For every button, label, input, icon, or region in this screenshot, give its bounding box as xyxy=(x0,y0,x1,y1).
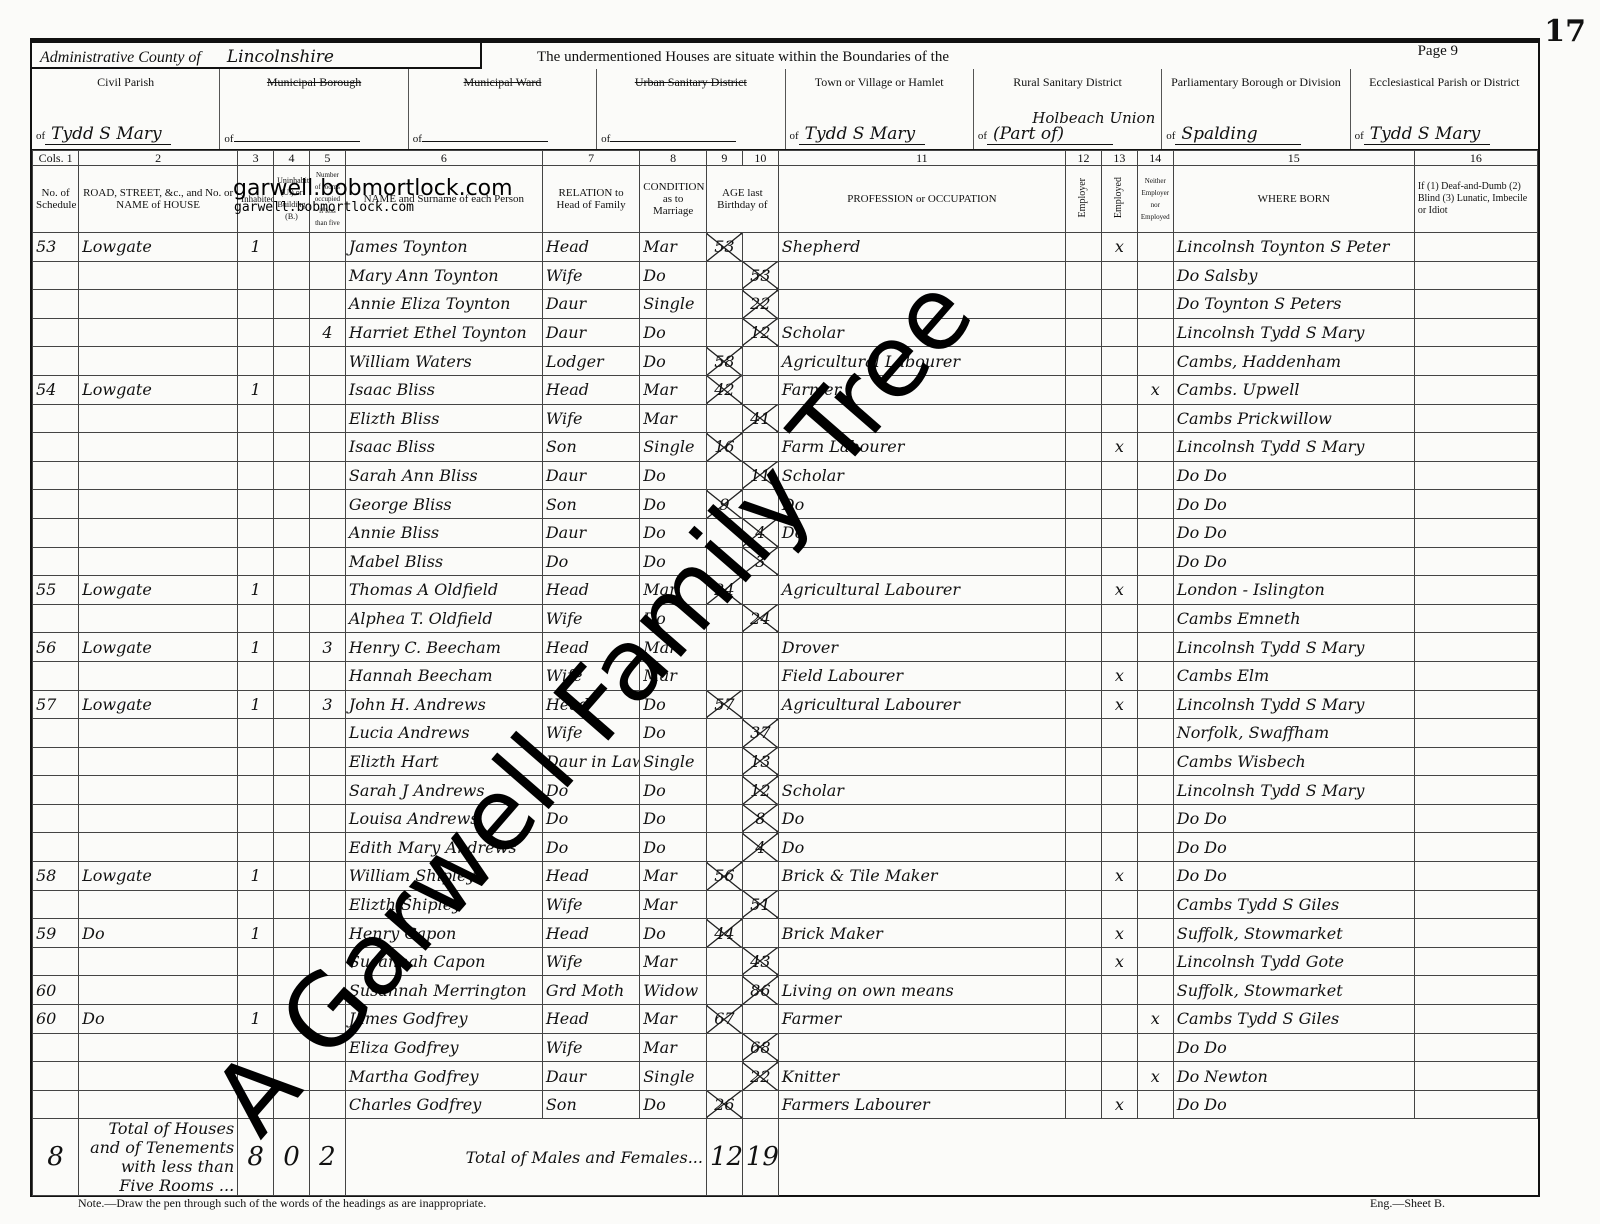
cell-schedule xyxy=(33,947,79,976)
cell-inf xyxy=(1414,433,1537,462)
census-row: 57Lowgate13John H. AndrewsHeadDo57Agricu… xyxy=(33,690,1538,719)
cell-where-born: Lincolnsh Tydd S Mary xyxy=(1173,776,1414,805)
area-label: Town or Village or Hamlet xyxy=(786,69,973,89)
area-label: Municipal Ward xyxy=(409,69,596,89)
cell-inhabited xyxy=(238,747,274,776)
cell-employer xyxy=(1066,747,1102,776)
cell-male-age xyxy=(706,318,742,347)
cell-rooms xyxy=(309,375,345,404)
cell-schedule: 53 xyxy=(33,233,79,262)
census-row: Hannah BeechamWifeMarField LabourerxCamb… xyxy=(33,661,1538,690)
cell-employed xyxy=(1101,747,1137,776)
cell-neither xyxy=(1137,433,1173,462)
cell-inf xyxy=(1414,375,1537,404)
census-row: Louisa AndrewsDoDo8DoDo Do xyxy=(33,804,1538,833)
cell-relation: Daur xyxy=(542,518,639,547)
cell-condition: Mar xyxy=(640,233,707,262)
cell-name: Charles Godfrey xyxy=(345,1090,542,1119)
cell-address xyxy=(79,719,238,748)
cell-unin xyxy=(274,690,310,719)
sheet-id: Eng.—Sheet B. xyxy=(1370,1196,1445,1211)
column-number: 9 xyxy=(706,151,742,166)
census-row: 4Harriet Ethel ToyntonDaurDo12ScholarLin… xyxy=(33,318,1538,347)
header-schedule: No. of Schedule xyxy=(33,166,79,233)
cell-inhabited xyxy=(238,547,274,576)
cell-employer xyxy=(1066,518,1102,547)
cell-name: Elizth Bliss xyxy=(345,404,542,433)
area-value: of xyxy=(413,133,592,145)
cell-male-age xyxy=(706,776,742,805)
area-box: Urban Sanitary Districtof xyxy=(597,69,785,149)
cell-unin xyxy=(274,318,310,347)
cell-address xyxy=(79,290,238,319)
cell-inhabited xyxy=(238,518,274,547)
cell-employed xyxy=(1101,604,1137,633)
area-box: Municipal Wardof xyxy=(409,69,597,149)
cell-male-age xyxy=(706,947,742,976)
cell-where-born: Do Do xyxy=(1173,518,1414,547)
cell-inf xyxy=(1414,1033,1537,1062)
cell-unin xyxy=(274,719,310,748)
cell-employer xyxy=(1066,976,1102,1005)
cell-neither xyxy=(1137,690,1173,719)
cell-occupation xyxy=(778,604,1065,633)
cell-employer xyxy=(1066,375,1102,404)
cell-where-born: Cambs. Upwell xyxy=(1173,375,1414,404)
cell-inhabited xyxy=(238,290,274,319)
cell-relation: Daur xyxy=(542,290,639,319)
cell-occupation xyxy=(778,547,1065,576)
cell-neither xyxy=(1137,518,1173,547)
cell-inf xyxy=(1414,518,1537,547)
cell-unin xyxy=(274,661,310,690)
cell-neither: x xyxy=(1137,1005,1173,1034)
cell-inhabited xyxy=(238,347,274,376)
cell-name: Mary Ann Toynton xyxy=(345,261,542,290)
cell-where-born: Do Do xyxy=(1173,862,1414,891)
cell-neither xyxy=(1137,290,1173,319)
cell-address xyxy=(79,604,238,633)
cell-where-born: Lincolnsh Toynton S Peter xyxy=(1173,233,1414,262)
cell-relation: Do xyxy=(542,833,639,862)
cell-schedule: 60 xyxy=(33,1005,79,1034)
cell-inf xyxy=(1414,404,1537,433)
census-rows: 53Lowgate1James ToyntonHeadMar53Shepherd… xyxy=(33,233,1538,1119)
census-row: 59Do1Henry CaponHeadDo44Brick MakerxSuff… xyxy=(33,919,1538,948)
cell-relation: Do xyxy=(542,547,639,576)
column-number: 13 xyxy=(1101,151,1137,166)
cell-schedule xyxy=(33,890,79,919)
column-number: 8 xyxy=(640,151,707,166)
cell-employer xyxy=(1066,347,1102,376)
cell-male-age: 26 xyxy=(706,1090,742,1119)
cell-address xyxy=(79,433,238,462)
census-row: Alphea T. OldfieldWifeDo24Cambs Emneth xyxy=(33,604,1538,633)
cell-female-age xyxy=(742,919,778,948)
column-number: 14 xyxy=(1137,151,1173,166)
cell-where-born: Cambs Tydd S Giles xyxy=(1173,890,1414,919)
cell-neither xyxy=(1137,661,1173,690)
cell-employed: x xyxy=(1101,862,1137,891)
cell-rooms xyxy=(309,604,345,633)
cell-occupation: Do xyxy=(778,833,1065,862)
cell-occupation: Field Labourer xyxy=(778,661,1065,690)
census-row: Lucia AndrewsWifeDo37Norfolk, Swaffham xyxy=(33,719,1538,748)
cell-female-age: 22 xyxy=(742,290,778,319)
cell-employed xyxy=(1101,490,1137,519)
cell-schedule xyxy=(33,1090,79,1119)
cell-address: Do xyxy=(79,919,238,948)
cell-name: Sarah Ann Bliss xyxy=(345,461,542,490)
cell-rooms: 3 xyxy=(309,690,345,719)
total-females: 19 xyxy=(742,1119,778,1196)
cell-inhabited xyxy=(238,890,274,919)
cell-rooms xyxy=(309,290,345,319)
cell-employed xyxy=(1101,804,1137,833)
cell-inf xyxy=(1414,776,1537,805)
cell-male-age xyxy=(706,976,742,1005)
cell-unin xyxy=(274,604,310,633)
cell-schedule xyxy=(33,1062,79,1091)
cell-employer xyxy=(1066,890,1102,919)
cell-address xyxy=(79,461,238,490)
cell-inhabited xyxy=(238,604,274,633)
area-value: ofTydd S Mary xyxy=(1355,124,1534,145)
cell-occupation: Farmer xyxy=(778,1005,1065,1034)
cell-condition: Mar xyxy=(640,1033,707,1062)
cell-unin xyxy=(274,375,310,404)
cell-female-age xyxy=(742,661,778,690)
cell-employer xyxy=(1066,661,1102,690)
cell-occupation: Agricultural Labourer xyxy=(778,576,1065,605)
cell-male-age: 56 xyxy=(706,862,742,891)
cell-employer xyxy=(1066,1062,1102,1091)
cell-rooms xyxy=(309,490,345,519)
column-number: Cols. 1 xyxy=(33,151,79,166)
area-value: of(Part of) xyxy=(978,124,1157,145)
cell-employed xyxy=(1101,1033,1137,1062)
cell-employer xyxy=(1066,290,1102,319)
cell-unin xyxy=(274,862,310,891)
cell-inhabited: 1 xyxy=(238,576,274,605)
cell-condition: Do xyxy=(640,776,707,805)
cell-relation: Son xyxy=(542,1090,639,1119)
cell-rooms xyxy=(309,547,345,576)
cell-female-age xyxy=(742,862,778,891)
cell-neither xyxy=(1137,862,1173,891)
cell-schedule: 56 xyxy=(33,633,79,662)
cell-employed: x xyxy=(1101,1090,1137,1119)
cell-inf xyxy=(1414,890,1537,919)
cell-rooms xyxy=(309,661,345,690)
cell-relation: Wife xyxy=(542,261,639,290)
cell-unin xyxy=(274,776,310,805)
cell-inf xyxy=(1414,490,1537,519)
cell-relation: Lodger xyxy=(542,347,639,376)
cell-occupation xyxy=(778,719,1065,748)
cell-employed: x xyxy=(1101,433,1137,462)
cell-employer xyxy=(1066,833,1102,862)
column-number: 7 xyxy=(542,151,639,166)
cell-male-age xyxy=(706,290,742,319)
cell-condition: Do xyxy=(640,1090,707,1119)
cell-inf xyxy=(1414,576,1537,605)
area-label: Rural Sanitary District xyxy=(974,69,1161,89)
cell-female-age xyxy=(742,1090,778,1119)
cell-occupation: Knitter xyxy=(778,1062,1065,1091)
cell-female-age: 68 xyxy=(742,1033,778,1062)
watermark-url-large: garwell.bobmortlock.com xyxy=(233,176,513,201)
cell-relation: Wife xyxy=(542,404,639,433)
cell-condition: Do xyxy=(640,318,707,347)
cell-condition: Single xyxy=(640,1062,707,1091)
cell-employed xyxy=(1101,261,1137,290)
cell-rooms xyxy=(309,261,345,290)
cell-rooms xyxy=(309,233,345,262)
census-row: Edith Mary AndrewsDoDo4DoDo Do xyxy=(33,833,1538,862)
area-label: Parliamentary Borough or Division xyxy=(1162,69,1349,89)
header-employer: Employer xyxy=(1066,166,1102,233)
cell-male-age: 53 xyxy=(706,233,742,262)
cell-neither xyxy=(1137,947,1173,976)
cell-name: Martha Godfrey xyxy=(345,1062,542,1091)
census-row: William WatersLodgerDo58Agricultural Lab… xyxy=(33,347,1538,376)
cell-employer xyxy=(1066,919,1102,948)
area-box: Parliamentary Borough or DivisionofSpald… xyxy=(1162,69,1350,149)
cell-inhabited xyxy=(238,661,274,690)
area-label: Ecclesiastical Parish or District xyxy=(1351,69,1538,89)
footnote: Note.—Draw the pen through such of the w… xyxy=(78,1196,486,1211)
cell-relation: Daur xyxy=(542,461,639,490)
cell-condition: Do xyxy=(640,347,707,376)
header-age: AGE last Birthday of xyxy=(706,166,778,233)
cell-male-age xyxy=(706,1062,742,1091)
cell-address xyxy=(79,404,238,433)
cell-employed: x xyxy=(1101,690,1137,719)
cell-schedule: 54 xyxy=(33,375,79,404)
cell-female-age xyxy=(742,633,778,662)
cell-unin xyxy=(274,233,310,262)
cell-condition: Mar xyxy=(640,404,707,433)
cell-employed xyxy=(1101,890,1137,919)
cell-where-born: Do Salsby xyxy=(1173,261,1414,290)
cell-neither xyxy=(1137,461,1173,490)
cell-male-age: 44 xyxy=(706,919,742,948)
cell-unin xyxy=(274,576,310,605)
boundary-text: The undermentioned Houses are situate wi… xyxy=(537,49,949,66)
cell-occupation: Do xyxy=(778,804,1065,833)
cell-unin xyxy=(274,433,310,462)
census-row: 53Lowgate1James ToyntonHeadMar53Shepherd… xyxy=(33,233,1538,262)
cell-address: Do xyxy=(79,1005,238,1034)
cell-inf xyxy=(1414,233,1537,262)
cell-where-born: Do Do xyxy=(1173,490,1414,519)
column-number: 4 xyxy=(274,151,310,166)
cell-address xyxy=(79,518,238,547)
header-occupation: PROFESSION or OCCUPATION xyxy=(778,166,1065,233)
cell-rooms xyxy=(309,747,345,776)
cell-female-age xyxy=(742,347,778,376)
census-page: 17 Administrative County of Lincolnshire… xyxy=(0,0,1600,1224)
cell-where-born: Do Do xyxy=(1173,461,1414,490)
cell-where-born: Do Do xyxy=(1173,804,1414,833)
cell-name: James Toynton xyxy=(345,233,542,262)
cell-where-born: Do Do xyxy=(1173,1033,1414,1062)
cell-address: Lowgate xyxy=(79,375,238,404)
cell-male-age xyxy=(706,804,742,833)
cell-condition: Mar xyxy=(640,375,707,404)
cell-where-born: Lincolnsh Tydd Gote xyxy=(1173,947,1414,976)
cell-inf xyxy=(1414,947,1537,976)
cell-schedule: 60 xyxy=(33,976,79,1005)
column-number: 15 xyxy=(1173,151,1414,166)
cell-unin xyxy=(274,919,310,948)
cell-neither xyxy=(1137,919,1173,948)
cell-name: Hannah Beecham xyxy=(345,661,542,690)
total-males: 12 xyxy=(706,1119,742,1196)
column-number: 5 xyxy=(309,151,345,166)
cell-address xyxy=(79,776,238,805)
cell-neither: x xyxy=(1137,375,1173,404)
area-box: Ecclesiastical Parish or DistrictofTydd … xyxy=(1351,69,1538,149)
cell-address xyxy=(79,747,238,776)
cell-address: Lowgate xyxy=(79,233,238,262)
cell-name: Isaac Bliss xyxy=(345,433,542,462)
cell-schedule: 58 xyxy=(33,862,79,891)
area-label: Urban Sanitary District xyxy=(597,69,784,89)
county-value: Lincolnshire xyxy=(211,47,350,68)
cell-unin xyxy=(274,490,310,519)
cell-neither xyxy=(1137,776,1173,805)
cell-condition: Single xyxy=(640,747,707,776)
census-row: Annie Eliza ToyntonDaurSingle22Do Toynto… xyxy=(33,290,1538,319)
cell-inhabited xyxy=(238,719,274,748)
cell-where-born: Cambs, Haddenham xyxy=(1173,347,1414,376)
cell-relation: Grd Moth xyxy=(542,976,639,1005)
header-where-born: WHERE BORN xyxy=(1173,166,1414,233)
cell-unin xyxy=(274,518,310,547)
cell-male-age xyxy=(706,747,742,776)
cell-rooms: 3 xyxy=(309,633,345,662)
header-neither: Neither Employer nor Employed xyxy=(1137,166,1173,233)
census-row: 58Lowgate1William ShipleyHeadMar56Brick … xyxy=(33,862,1538,891)
cell-inf xyxy=(1414,290,1537,319)
cell-where-born: Do Do xyxy=(1173,547,1414,576)
cell-unin xyxy=(274,633,310,662)
cell-female-age: 43 xyxy=(742,947,778,976)
cell-inhabited xyxy=(238,261,274,290)
cell-inf xyxy=(1414,347,1537,376)
census-row: Sarah J AndrewsDoDo12ScholarLincolnsh Ty… xyxy=(33,776,1538,805)
cell-inf xyxy=(1414,833,1537,862)
cell-female-age xyxy=(742,233,778,262)
cell-inhabited xyxy=(238,461,274,490)
cell-unin xyxy=(274,261,310,290)
cell-relation: Son xyxy=(542,433,639,462)
cell-male-age xyxy=(706,404,742,433)
cell-schedule xyxy=(33,518,79,547)
cell-inhabited: 1 xyxy=(238,690,274,719)
cell-condition: Do xyxy=(640,261,707,290)
cell-where-born: Do Do xyxy=(1173,1090,1414,1119)
cell-schedule xyxy=(33,290,79,319)
area-value: ofSpalding xyxy=(1166,124,1345,145)
cell-employed: x xyxy=(1101,233,1137,262)
cell-unin xyxy=(274,290,310,319)
cell-female-age: 37 xyxy=(742,719,778,748)
area-box: Town or Village or HamletofTydd S Mary xyxy=(786,69,974,149)
cell-rooms xyxy=(309,576,345,605)
cell-where-born: Lincolnsh Tydd S Mary xyxy=(1173,633,1414,662)
cell-inhabited xyxy=(238,490,274,519)
header-address: ROAD, STREET, &c., and No. or NAME of HO… xyxy=(79,166,238,233)
cell-where-born: Cambs Emneth xyxy=(1173,604,1414,633)
area-label: Municipal Borough xyxy=(220,69,407,89)
cell-neither xyxy=(1137,976,1173,1005)
cell-inhabited xyxy=(238,776,274,805)
cell-relation: Son xyxy=(542,490,639,519)
cell-employer xyxy=(1066,576,1102,605)
census-row: Susannah CaponWifeMar43xLincolnsh Tydd G… xyxy=(33,947,1538,976)
cell-address xyxy=(79,804,238,833)
column-number: 10 xyxy=(742,151,778,166)
cell-employed xyxy=(1101,833,1137,862)
cell-where-born: Cambs Prickwillow xyxy=(1173,404,1414,433)
cell-occupation: Farmers Labourer xyxy=(778,1090,1065,1119)
cell-address: Lowgate xyxy=(79,862,238,891)
cell-occupation: Agricultural Labourer xyxy=(778,690,1065,719)
cell-inf xyxy=(1414,661,1537,690)
cell-address: Lowgate xyxy=(79,576,238,605)
cell-schedule xyxy=(33,318,79,347)
cell-condition: Single xyxy=(640,290,707,319)
cell-inf xyxy=(1414,862,1537,891)
cell-address xyxy=(79,347,238,376)
cell-address xyxy=(79,490,238,519)
cell-relation: Wife xyxy=(542,890,639,919)
cell-inf xyxy=(1414,633,1537,662)
cell-inf xyxy=(1414,719,1537,748)
cell-female-age xyxy=(742,1005,778,1034)
cell-female-age xyxy=(742,375,778,404)
cell-employed: x xyxy=(1101,576,1137,605)
cell-inhabited: 1 xyxy=(238,233,274,262)
cell-female-age: 12 xyxy=(742,776,778,805)
cell-rooms xyxy=(309,433,345,462)
cell-neither xyxy=(1137,490,1173,519)
cell-unin xyxy=(274,804,310,833)
cell-schedule xyxy=(33,719,79,748)
cell-schedule xyxy=(33,776,79,805)
cell-occupation xyxy=(778,747,1065,776)
cell-address xyxy=(79,547,238,576)
cell-employed: x xyxy=(1101,919,1137,948)
cell-neither xyxy=(1137,233,1173,262)
cell-condition: Do xyxy=(640,461,707,490)
area-label: Civil Parish xyxy=(32,69,219,89)
cell-rooms xyxy=(309,776,345,805)
cell-rooms xyxy=(309,461,345,490)
area-value: ofTydd S Mary xyxy=(36,124,215,145)
cell-male-age xyxy=(706,661,742,690)
cell-employed xyxy=(1101,518,1137,547)
cell-condition: Do xyxy=(640,804,707,833)
cell-inf xyxy=(1414,547,1537,576)
cell-female-age xyxy=(742,690,778,719)
watermark-url-small: garwell.bobmortlock.com xyxy=(234,200,414,215)
cell-inhabited xyxy=(238,404,274,433)
cell-occupation xyxy=(778,890,1065,919)
